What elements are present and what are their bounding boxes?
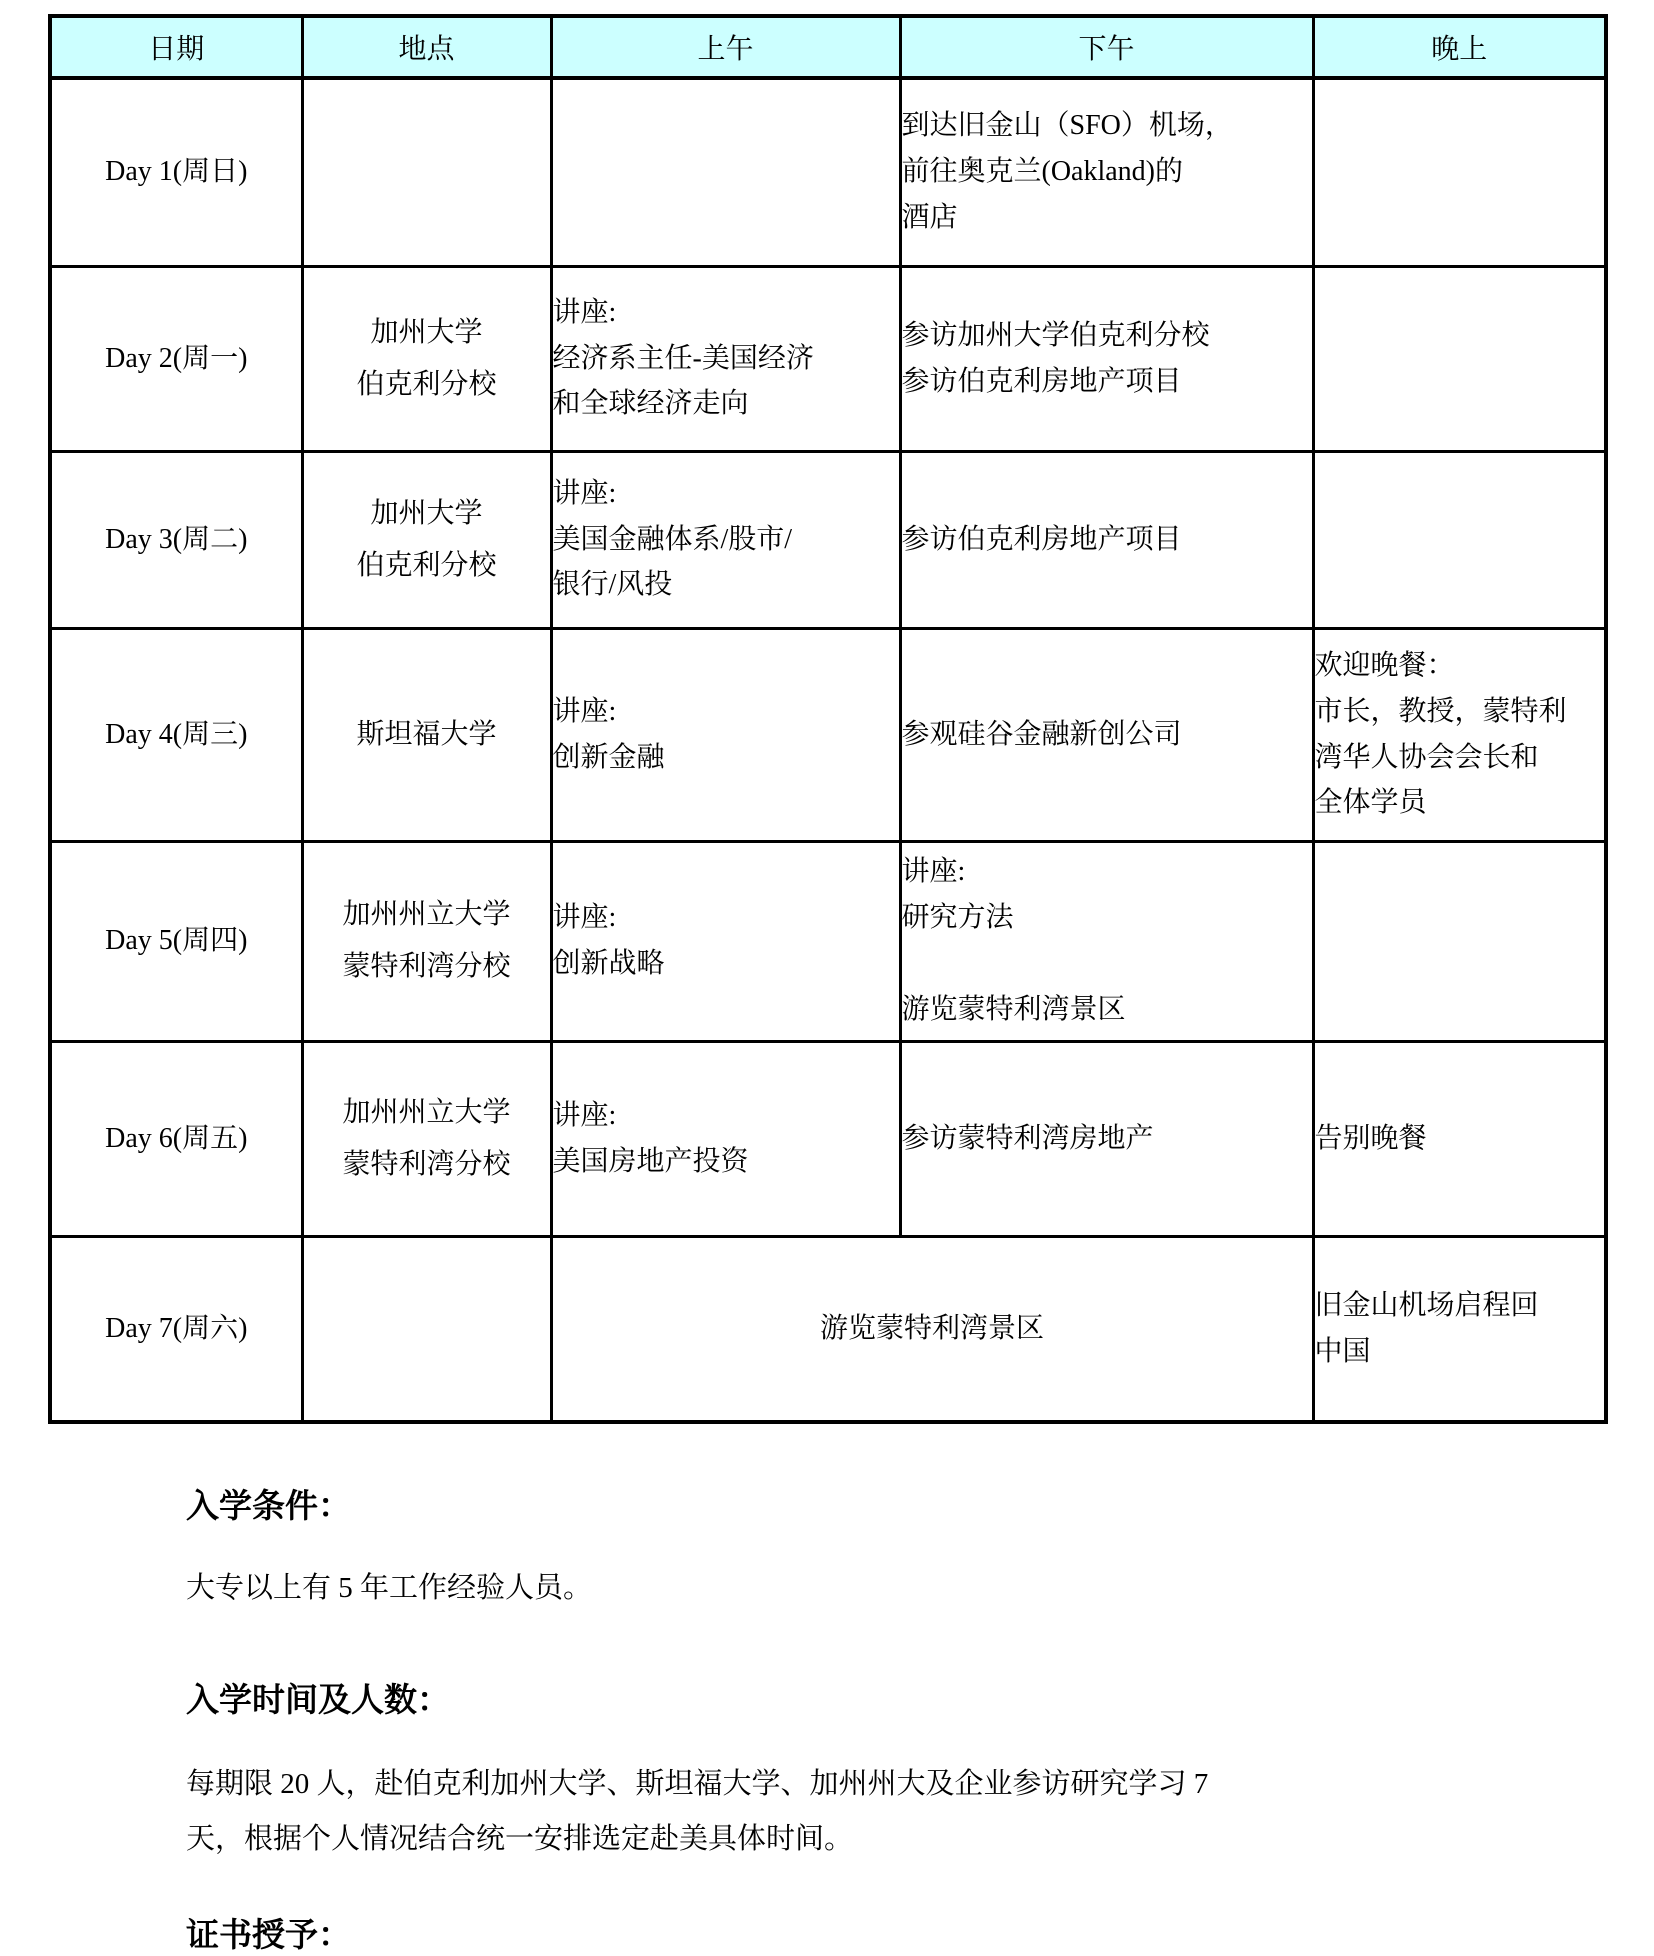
schedule-row-day7: Day 7(周六) 游览蒙特利湾景区 旧金山机场启程回 中国 xyxy=(50,1236,1606,1422)
cell-day1-morning xyxy=(551,78,900,266)
cell-day1-date: Day 1(周日) xyxy=(50,78,302,266)
cell-day6-location: 加州州立大学 蒙特利湾分校 xyxy=(302,1041,551,1236)
cell-day3-date: Day 3(周二) xyxy=(50,451,302,628)
cell-day3-evening xyxy=(1313,451,1606,628)
schedule-row-day6: Day 6(周五) 加州州立大学 蒙特利湾分校 讲座: 美国房地产投资 参访蒙特… xyxy=(50,1041,1606,1236)
admission-requirements-text: 大专以上有 5 年工作经验人员。 xyxy=(186,1527,1486,1616)
schedule-row-day1: Day 1(周日) 到达旧金山（SFO）机场， 前往奥克兰(Oakland)的 … xyxy=(50,78,1606,266)
cell-day3-afternoon: 参访伯克利房地产项目 xyxy=(900,451,1313,628)
header-cell-morning: 上午 xyxy=(551,16,900,78)
cell-day1-afternoon: 到达旧金山（SFO）机场， 前往奥克兰(Oakland)的 酒店 xyxy=(900,78,1313,266)
cell-day5-location: 加州州立大学 蒙特利湾分校 xyxy=(302,841,551,1041)
cell-day7-location xyxy=(302,1236,551,1422)
info-sections: 入学条件： 大专以上有 5 年工作经验人员。 入学时间及人数： 每期限 20 人… xyxy=(186,1424,1486,1956)
header-cell-date: 日期 xyxy=(50,16,302,78)
header-cell-afternoon: 下午 xyxy=(900,16,1313,78)
header-cell-evening: 晚上 xyxy=(1313,16,1606,78)
cell-day5-evening xyxy=(1313,841,1606,1041)
schedule-table: 日期 地点 上午 下午 晚上 Day 1(周日) 到达旧金山（SFO）机场， 前… xyxy=(48,14,1608,1424)
cell-day6-morning: 讲座: 美国房地产投资 xyxy=(551,1041,900,1236)
cell-day7-date: Day 7(周六) xyxy=(50,1236,302,1422)
cell-day3-morning: 讲座: 美国金融体系/股市/ 银行/风投 xyxy=(551,451,900,628)
cell-day2-location: 加州大学 伯克利分校 xyxy=(302,266,551,451)
cell-day4-afternoon: 参观硅谷金融新创公司 xyxy=(900,628,1313,841)
cell-day7-midday-merged: 游览蒙特利湾景区 xyxy=(551,1236,1313,1422)
schedule-row-day2: Day 2(周一) 加州大学 伯克利分校 讲座: 经济系主任-美国经济 和全球经… xyxy=(50,266,1606,451)
cell-day6-afternoon: 参访蒙特利湾房地产 xyxy=(900,1041,1313,1236)
cell-day4-location: 斯坦福大学 xyxy=(302,628,551,841)
cell-day2-date: Day 2(周一) xyxy=(50,266,302,451)
cell-day7-evening: 旧金山机场启程回 中国 xyxy=(1313,1236,1606,1422)
schedule-row-day3: Day 3(周二) 加州大学 伯克利分校 讲座: 美国金融体系/股市/ 银行/风… xyxy=(50,451,1606,628)
cell-day6-evening: 告别晚餐 xyxy=(1313,1041,1606,1236)
cell-day5-date: Day 5(周四) xyxy=(50,841,302,1041)
admission-requirements-heading: 入学条件： xyxy=(186,1424,1486,1527)
cell-day2-morning: 讲座: 经济系主任-美国经济 和全球经济走向 xyxy=(551,266,900,451)
header-cell-location: 地点 xyxy=(302,16,551,78)
cell-day4-evening: 欢迎晚餐： 市长，教授，蒙特利 湾华人协会会长和 全体学员 xyxy=(1313,628,1606,841)
cell-day2-evening xyxy=(1313,266,1606,451)
cell-day2-afternoon: 参访加州大学伯克利分校 参访伯克利房地产项目 xyxy=(900,266,1313,451)
cell-day4-date: Day 4(周三) xyxy=(50,628,302,841)
enrollment-time-heading: 入学时间及人数： xyxy=(186,1616,1486,1721)
schedule-row-day4: Day 4(周三) 斯坦福大学 讲座: 创新金融 参观硅谷金融新创公司 欢迎晚餐… xyxy=(50,628,1606,841)
cell-day6-date: Day 6(周五) xyxy=(50,1041,302,1236)
enrollment-time-text: 每期限 20 人，赴伯克利加州大学、斯坦福大学、加州州大及企业参访研究学习 7 … xyxy=(186,1721,1486,1867)
cell-day1-location xyxy=(302,78,551,266)
schedule-header-row: 日期 地点 上午 下午 晚上 xyxy=(50,16,1606,78)
cell-day3-location: 加州大学 伯克利分校 xyxy=(302,451,551,628)
cell-day5-afternoon: 讲座: 研究方法 游览蒙特利湾景区 xyxy=(900,841,1313,1041)
cell-day4-morning: 讲座: 创新金融 xyxy=(551,628,900,841)
certificate-heading: 证书授予： xyxy=(186,1867,1486,1956)
schedule-row-day5: Day 5(周四) 加州州立大学 蒙特利湾分校 讲座: 创新战略 讲座: 研究方… xyxy=(50,841,1606,1041)
cell-day5-morning: 讲座: 创新战略 xyxy=(551,841,900,1041)
cell-day1-evening xyxy=(1313,78,1606,266)
